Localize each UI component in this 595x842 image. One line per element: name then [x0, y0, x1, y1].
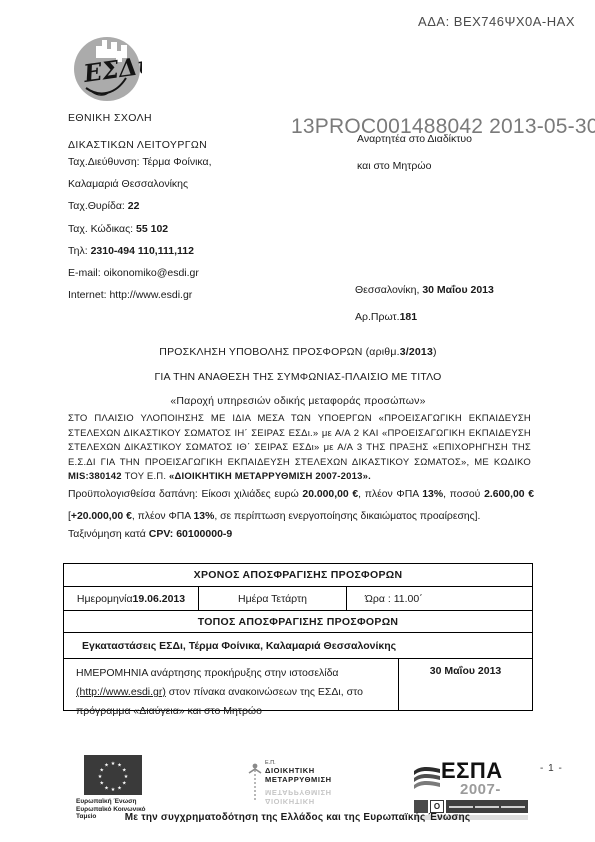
contact-block: Ταχ.Διεύθυνση: Τέρμα Φοίνικα, Καλαμαριά … — [68, 151, 212, 306]
svg-text:★: ★ — [111, 787, 116, 793]
ep-label-line-1: ΔΙΟΙΚΗΤΙΚΗ — [265, 766, 332, 775]
ada-code: ΑΔΑ: ΒΕΧ746ΨΧ0Α-ΗΑΧ — [418, 14, 575, 29]
text-segment: 2.600,00 € — [484, 489, 534, 500]
text-segment: ΣΤΟ ΠΛΑΙΣΙΟ ΥΛΟΠΟΙΗΣΗΣ ΜΕ ΙΔΙΑ ΜΕΣΑ ΤΩΝ … — [68, 413, 531, 468]
text-segment: 22 — [128, 200, 140, 212]
cell-hour: Ώρα : 11.00΄ — [346, 587, 532, 610]
doc-title-line-2: ΓΙΑ ΤΗΝ ΑΝΑΘΕΣΗ ΤΗΣ ΣΥΜΦΩΝΙΑΣ-ΠΛΑΙΣΙΟ ΜΕ… — [63, 371, 533, 383]
school-logo: ΕΣΔι — [72, 36, 142, 106]
svg-text:★: ★ — [122, 768, 127, 774]
svg-text:★: ★ — [111, 761, 116, 767]
protocol-number: Αρ.Πρωτ.181 — [355, 311, 417, 323]
doc-title-line-1: ΠΡΟΣΚΛΗΣΗ ΥΠΟΒΟΛΗΣ ΠΡΟΣΦΟΡΩΝ (αριθμ.3/20… — [63, 346, 533, 358]
esdi-website-link[interactable]: (http://www.esdi.gr) — [76, 686, 166, 698]
org-name-line-1: ΕΘΝΙΚΗ ΣΧΟΛΗ — [68, 112, 152, 124]
funding-note: Με την συγχρηματοδότηση της Ελλάδος και … — [0, 812, 595, 823]
espa-waves-icon — [414, 765, 440, 789]
table-header-time: ΧΡΟΝΟΣ ΑΠΟΣΦΡΑΓΙΣΗΣ ΠΡΟΣΦΟΡΩΝ — [64, 564, 532, 586]
text-segment: 19.06.2013 — [133, 593, 186, 605]
text-segment: «ΔΙΟΙΚΗΤΙΚΗ ΜΕΤΑΡΡΥΘΜΙΣΗ 2007-2013». — [169, 471, 371, 482]
text-segment: Ταχ.Διεύθυνση: Τέρμα Φοίνικα, — [68, 156, 212, 168]
text-segment: +20.000,00 € — [71, 511, 132, 522]
svg-text:★: ★ — [104, 763, 109, 769]
cell-place: Εγκαταστάσεις ΕΣΔι, Τέρμα Φοίνικα, Καλαμ… — [64, 632, 532, 658]
offers-table: ΧΡΟΝΟΣ ΑΠΟΣΦΡΑΓΙΣΗΣ ΠΡΟΣΦΟΡΩΝ Ημερομηνία… — [63, 563, 533, 711]
svg-text:★: ★ — [122, 781, 127, 787]
page-number: - 1 - — [540, 763, 563, 774]
text-segment: Ημέρα Τετάρτη — [238, 593, 307, 605]
org-name-line-2: ΔΙΚΑΣΤΙΚΩΝ ΛΕΙΤΟΥΡΓΩΝ — [68, 139, 207, 151]
budget-paragraph: Προϋπολογισθείσα δαπάνη: Είκοσι χιλιάδες… — [68, 484, 534, 528]
contact-phone-line: Τηλ: 2310-494 110,111,112 — [68, 240, 212, 262]
svg-text:★: ★ — [117, 785, 122, 791]
text-segment: 20.000,00 € — [302, 489, 358, 500]
text-segment: , πλέον ΦΠΑ — [132, 511, 194, 522]
ep-reflection: ΔΙΟΙΚΗΤΙΚΗ ΜΕΤΑΡΡΥΘΜΙΣΗ — [265, 788, 332, 806]
text-segment: , ποσού — [443, 489, 484, 500]
issue-place-date: Θεσσαλονίκη, 30 Μαΐου 2013 — [355, 284, 494, 296]
cell-announcement: ΗΜΕΡΟΜΗΝΙΑ ανάρτησης προκήρυξης στην ιστ… — [64, 659, 398, 710]
text-segment: Προϋπολογισθείσα δαπάνη: Είκοσι χιλιάδες… — [68, 489, 302, 500]
text-segment: , πλέον ΦΠΑ — [358, 489, 422, 500]
text-segment: 3/2013 — [400, 346, 433, 358]
svg-text:★: ★ — [99, 781, 104, 787]
cell-date: Ημερομηνία 19.06.2013 — [64, 587, 198, 610]
eu-caption-line-1: Ευρωπαϊκή Ένωση — [76, 798, 166, 806]
scope-paragraph: ΣΤΟ ΠΛΑΙΣΙΟ ΥΛΟΠΟΙΗΣΗΣ ΜΕ ΙΔΙΑ ΜΕΣΑ ΤΩΝ … — [68, 412, 531, 485]
text-segment: ) — [433, 346, 437, 358]
text-segment: , σε περίπτωση ενεργοποίησης δικαιώματος… — [214, 511, 480, 522]
text-segment: Θεσσαλονίκη, — [355, 284, 422, 296]
contact-email-line: E-mail: oikonomiko@esdi.gr — [68, 262, 212, 284]
table-row-datetime: Ημερομηνία 19.06.2013 Ημέρα Τετάρτη Ώρα … — [64, 586, 532, 610]
contact-postcode-line: Ταχ. Κώδικας: 55 102 — [68, 218, 212, 240]
person-icon — [248, 762, 262, 804]
text-segment: 13% — [194, 511, 215, 522]
posting-note-line-2: και στο Μητρώο — [357, 160, 431, 172]
text-segment: Ταχ. Κώδικας: — [68, 223, 136, 235]
text-segment: Ημερομηνία — [77, 593, 133, 605]
text-segment: E-mail: oikonomiko@esdi.gr — [68, 267, 199, 279]
svg-text:★: ★ — [98, 774, 103, 780]
text-segment: MIS:380142 — [68, 471, 122, 482]
text-segment: 55 102 — [136, 223, 168, 235]
eu-flag-icon: ★★★ ★★★ ★★★ ★★★ — [84, 755, 142, 795]
ep-label-line-2: ΜΕΤΑΡΡΥΘΜΙΣΗ — [265, 775, 332, 784]
cell-day: Ημέρα Τετάρτη — [198, 587, 346, 610]
text-segment: Τηλ: — [68, 245, 91, 257]
svg-text:★: ★ — [104, 785, 109, 791]
text-segment: Internet: http://www.esdi.gr — [68, 289, 192, 301]
text-segment: Ταξινόμηση κατά — [68, 528, 149, 540]
text-segment: 30 Μαΐου 2013 — [422, 284, 494, 296]
contact-address-line: Ταχ.Διεύθυνση: Τέρμα Φοίνικα, — [68, 151, 212, 173]
contact-internet-line: Internet: http://www.esdi.gr — [68, 284, 212, 306]
text-segment: ΠΡΟΣΚΛΗΣΗ ΥΠΟΒΟΛΗΣ ΠΡΟΣΦΟΡΩΝ (αριθμ. — [159, 346, 399, 358]
doc-title-line-3: «Παροχή υπηρεσιών οδικής μεταφοράς προσώ… — [63, 395, 533, 407]
ep-text-block: Ε.Π. ΔΙΟΙΚΗΤΙΚΗ ΜΕΤΑΡΡΥΘΜΙΣΗ — [265, 760, 332, 784]
contact-pobox-line: Ταχ.Θυρίδα: 22 — [68, 195, 212, 217]
text-segment: ΤΟΥ Ε.Π. — [122, 471, 169, 482]
table-header-place: ΤΟΠΟΣ ΑΠΟΣΦΡΑΓΙΣΗΣ ΠΡΟΣΦΟΡΩΝ — [64, 610, 532, 632]
text-segment: ΗΜΕΡΟΜΗΝΙΑ ανάρτησης προκήρυξης στην ιστ… — [76, 667, 339, 679]
svg-text:★: ★ — [124, 774, 129, 780]
table-row-announcement: ΗΜΕΡΟΜΗΝΙΑ ανάρτησης προκήρυξης στην ιστ… — [64, 658, 532, 710]
text-segment: 181 — [400, 311, 418, 323]
text-segment: Αρ.Πρωτ. — [355, 311, 400, 323]
text-segment: Ώρα : 11.00΄ — [365, 593, 423, 605]
text-segment: Ταχ.Θυρίδα: — [68, 200, 128, 212]
text-segment: 13% — [422, 489, 443, 500]
cell-announcement-date: 30 Μαΐου 2013 — [398, 659, 532, 710]
contact-city-line: Καλαμαριά Θεσσαλονίκης — [68, 173, 212, 195]
posting-note-line-1: Αναρτητέα στο Διαδίκτυο — [357, 133, 472, 145]
document-page: ΑΔΑ: ΒΕΧ746ΨΧ0Α-ΗΑΧ ΕΣΔι ΕΘΝΙΚΗ ΣΧΟΛΗ ΔΙ… — [0, 0, 595, 842]
text-segment: CPV: 60100000-9 — [149, 528, 232, 540]
text-segment: 2310-494 110,111,112 — [91, 245, 194, 257]
text-segment: Καλαμαριά Θεσσαλονίκης — [68, 178, 188, 190]
cpv-line: Ταξινόμηση κατά CPV: 60100000-9 — [68, 528, 232, 540]
